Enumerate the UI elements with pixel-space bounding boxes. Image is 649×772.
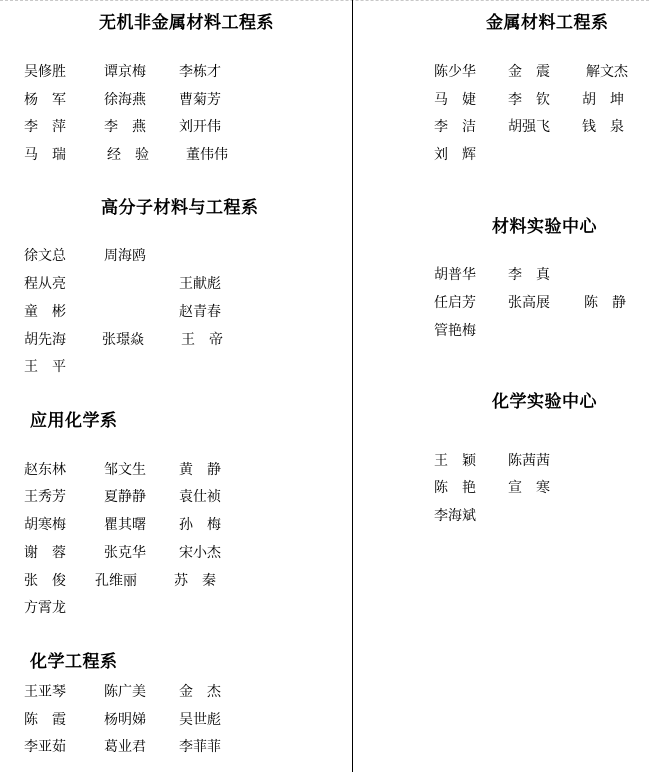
person-name: 苏 秦 — [174, 570, 216, 590]
person-name: 瞿其曙 — [104, 514, 146, 534]
person-name: 吴世彪 — [179, 709, 221, 729]
person-name: 钱 泉 — [582, 116, 624, 136]
person-name: 胡普华 — [434, 264, 476, 284]
person-name: 黄 静 — [179, 459, 221, 479]
person-name: 周海鸥 — [104, 245, 146, 265]
person-name: 管艳梅 — [434, 320, 476, 340]
person-name: 胡寒梅 — [24, 514, 66, 534]
person-name: 吴修胜 — [24, 61, 66, 81]
person-name: 徐海燕 — [104, 89, 146, 109]
person-name: 夏静静 — [104, 486, 146, 506]
person-name: 王 颖 — [434, 450, 476, 470]
person-name: 刘 辉 — [434, 144, 476, 164]
person-name: 宣 寒 — [508, 477, 550, 497]
column-divider — [352, 0, 353, 772]
person-name: 胡先海 — [24, 329, 66, 349]
person-name: 张 俊 — [24, 570, 66, 590]
person-name: 陈 霞 — [24, 709, 66, 729]
person-name: 陈茜茜 — [508, 450, 550, 470]
person-name: 方霄龙 — [24, 597, 66, 617]
person-name: 孙 梅 — [179, 514, 221, 534]
person-name: 任启芳 — [434, 292, 476, 312]
person-name: 葛业君 — [104, 736, 146, 756]
person-name: 李栋才 — [179, 61, 221, 81]
person-name: 杨 军 — [24, 89, 66, 109]
person-name: 王 帝 — [181, 329, 223, 349]
person-name: 李海斌 — [434, 505, 476, 525]
page-top-border — [0, 0, 649, 1]
section-title: 无机非金属材料工程系 — [99, 8, 274, 33]
person-name: 陈 艳 — [434, 477, 476, 497]
person-name: 李 真 — [508, 264, 550, 284]
person-name: 赵东林 — [24, 459, 66, 479]
person-name: 陈广美 — [104, 681, 146, 701]
section-title: 化学实验中心 — [492, 387, 597, 412]
section-title: 高分子材料与工程系 — [101, 193, 259, 218]
person-name: 杨明娣 — [104, 709, 146, 729]
person-name: 谭京梅 — [104, 61, 146, 81]
person-name: 陈 静 — [584, 292, 626, 312]
person-name: 徐文总 — [24, 245, 66, 265]
person-name: 李 燕 — [104, 116, 146, 136]
person-name: 马 婕 — [434, 89, 476, 109]
person-name: 张高展 — [508, 292, 550, 312]
person-name: 李 钦 — [508, 89, 550, 109]
person-name: 李菲菲 — [179, 736, 221, 756]
person-name: 张克华 — [104, 542, 146, 562]
section-title: 化学工程系 — [30, 647, 118, 672]
person-name: 李 萍 — [24, 116, 66, 136]
section-title: 金属材料工程系 — [486, 8, 609, 33]
person-name: 金 震 — [508, 61, 550, 81]
person-name: 袁仕祯 — [179, 486, 221, 506]
person-name: 王献彪 — [179, 273, 221, 293]
person-name: 李 洁 — [434, 116, 476, 136]
person-name: 董伟伟 — [186, 144, 228, 164]
person-name: 赵青春 — [179, 301, 221, 321]
person-name: 王 平 — [24, 356, 66, 376]
person-name: 王秀芳 — [24, 486, 66, 506]
person-name: 邹文生 — [104, 459, 146, 479]
person-name: 宋小杰 — [179, 542, 221, 562]
person-name: 马 瑞 — [24, 144, 66, 164]
person-name: 程从亮 — [24, 273, 66, 293]
person-name: 经 验 — [107, 144, 149, 164]
person-name: 刘开伟 — [179, 116, 221, 136]
person-name: 曹菊芳 — [179, 89, 221, 109]
person-name: 李亚茹 — [24, 736, 66, 756]
person-name: 陈少华 — [434, 61, 476, 81]
person-name: 胡 坤 — [582, 89, 624, 109]
person-name: 王亚琴 — [24, 681, 66, 701]
section-title: 材料实验中心 — [492, 212, 597, 237]
person-name: 童 彬 — [24, 301, 66, 321]
person-name: 解文杰 — [586, 61, 628, 81]
person-name: 金 杰 — [179, 681, 221, 701]
section-title: 应用化学系 — [30, 406, 118, 431]
person-name: 张璟焱 — [102, 329, 144, 349]
person-name: 孔维丽 — [95, 570, 137, 590]
person-name: 胡强飞 — [508, 116, 550, 136]
person-name: 谢 蓉 — [24, 542, 66, 562]
